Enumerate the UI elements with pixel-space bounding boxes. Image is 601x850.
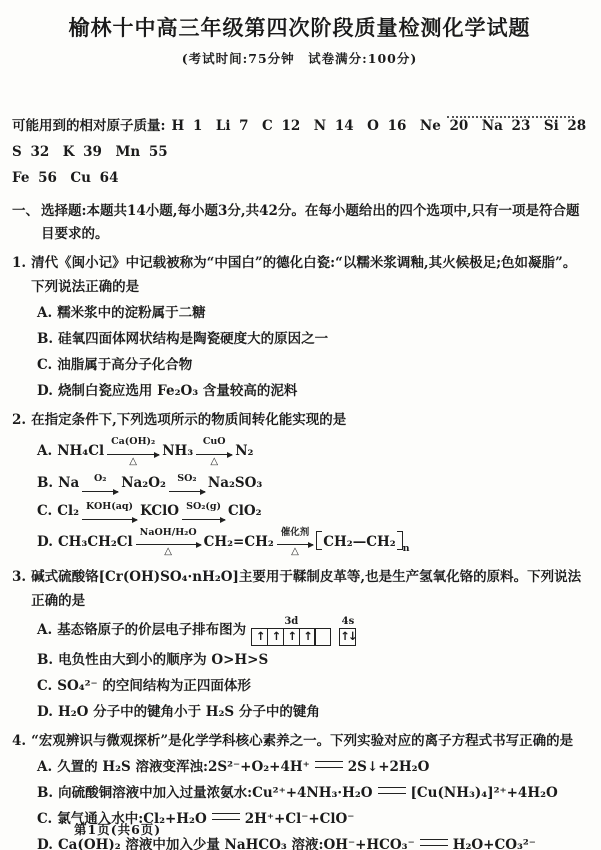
dotted-rule: [447, 116, 574, 118]
q3-option-b-text: 电负性由大到小的顺序为 O>H>S: [58, 652, 268, 668]
q2-option-c-label: C.: [37, 503, 52, 519]
q2-option-c-equation: Cl₂KOH(aq)KClOSO₂(g)ClO₂: [57, 503, 261, 519]
q3-option-c-label: C.: [37, 678, 52, 694]
q4-option-b: B.向硫酸铜溶液中加入过量浓氨水:Cu²⁺+4NH₃·H₂O[Cu(NH₃)₄]…: [37, 782, 587, 805]
section-text: 选择题:本题共14小题,每小题3分,共42分。在每小题给出的四个选项中,只有一项…: [41, 200, 587, 246]
q1-option-b: B.硅氧四面体网状结构是陶瓷硬度大的原因之一: [37, 328, 587, 351]
question-2: 2. 在指定条件下,下列选项所示的物质间转化能实现的是 A.NH₄ClCa(OH…: [12, 408, 587, 560]
q1-number: 1.: [12, 251, 26, 299]
atomic-masses-label: 可能用到的相对原子质量:: [12, 118, 165, 134]
q4-option-d-label: D.: [37, 837, 53, 850]
exam-title: 榆林十中高三年级第四次阶段质量检测化学试题: [12, 14, 587, 42]
q4-stem: “宏观辨识与微观探析”是化学学科核心素养之一。下列实验对应的离子方程式书写正确的…: [31, 729, 587, 753]
q4-option-a-equation: 久置的 H₂S 溶液变浑浊:2S²⁻+O₂+4H⁺2S↓+2H₂O: [57, 759, 429, 775]
q3-option-b: B.电负性由大到小的顺序为 O>H>S: [37, 649, 587, 672]
q3-option-c: C.SO₄²⁻ 的空间结构为正四面体形: [37, 675, 587, 698]
q1-option-a-text: 糯米浆中的淀粉属于二糖: [57, 305, 206, 321]
q1-option-d-text: 烧制白瓷应选用 Fe₂O₃ 含量较高的泥料: [58, 383, 297, 399]
q2-option-a: A.NH₄ClCa(OH)₂△NH₃CuO△N₂: [37, 437, 587, 467]
q1-option-b-text: 硅氧四面体网状结构是陶瓷硬度大的原因之一: [58, 331, 328, 347]
section-number: 一、: [12, 200, 39, 246]
q3-option-c-text: SO₄²⁻ 的空间结构为正四面体形: [57, 678, 251, 694]
q4-option-c-label: C.: [37, 811, 52, 827]
q1-stem: 清代《闽小记》中记载被称为“中国白”的德化白瓷:“以糯米浆调釉,其火候极足;色如…: [31, 251, 587, 299]
q1-option-c-text: 油脂属于高分子化合物: [57, 357, 192, 373]
q3-number: 3.: [12, 565, 26, 613]
q2-option-c: C.Cl₂KOH(aq)KClOSO₂(g)ClO₂: [37, 500, 587, 523]
exam-subtitle: (考试时间:75分钟 试卷满分:100分): [12, 49, 587, 67]
q4-number: 4.: [12, 729, 26, 753]
q2-option-b-label: B.: [37, 475, 53, 491]
q1-option-c-label: C.: [37, 357, 52, 373]
q2-number: 2.: [12, 408, 26, 432]
question-1: 1. 清代《闽小记》中记载被称为“中国白”的德化白瓷:“以糯米浆调釉,其火候极足…: [12, 251, 587, 403]
q2-option-b-equation: NaO₂Na₂O₂SO₂Na₂SO₃: [58, 475, 262, 491]
q3-option-a-label: A.: [37, 622, 52, 638]
exam-page: 榆林十中高三年级第四次阶段质量检测化学试题 (考试时间:75分钟 试卷满分:10…: [0, 0, 601, 850]
section-header: 一、 选择题:本题共14小题,每小题3分,共42分。在每小题给出的四个选项中,只…: [12, 200, 587, 246]
q4-option-a: A.久置的 H₂S 溶液变浑浊:2S²⁻+O₂+4H⁺2S↓+2H₂O: [37, 756, 587, 779]
q1-option-a-label: A.: [37, 305, 52, 321]
q4-option-b-equation: 向硫酸铜溶液中加入过量浓氨水:Cu²⁺+4NH₃·H₂O[Cu(NH₃)₄]²⁺…: [58, 785, 558, 801]
q1-option-a: A.糯米浆中的淀粉属于二糖: [37, 302, 587, 325]
q4-option-d-equation: Ca(OH)₂ 溶液中加入少量 NaHCO₃ 溶液:OH⁻+HCO₃⁻H₂O+C…: [58, 837, 536, 850]
q4-option-b-label: B.: [37, 785, 53, 801]
q2-option-a-equation: NH₄ClCa(OH)₂△NH₃CuO△N₂: [57, 443, 253, 459]
q2-option-a-label: A.: [37, 443, 52, 459]
q3-option-a: A.基态铬原子的价层电子排布图为3d↑↑↑↑4s↑↓: [37, 616, 587, 646]
q3-option-a-orbital-diagram: 基态铬原子的价层电子排布图为3d↑↑↑↑4s↑↓: [57, 622, 356, 638]
q1-option-d-label: D.: [37, 383, 53, 399]
q2-stem: 在指定条件下,下列选项所示的物质间转化能实现的是: [31, 408, 587, 432]
q2-option-d: D.CH₃CH₂ClNaOH/H₂O△CH₂=CH₂催化剂△CH₂—CH₂n: [37, 528, 587, 560]
atomic-masses-line2: Fe 56 Cu 64: [12, 170, 118, 186]
question-3: 3. 碱式硫酸铬[Cr(OH)SO₄·nH₂O]主要用于鞣制皮革等,也是生产氢氧…: [12, 565, 587, 724]
q3-option-d-label: D.: [37, 704, 53, 720]
q3-option-d-text: H₂O 分子中的键角小于 H₂S 分子中的键角: [58, 704, 320, 720]
q3-option-b-label: B.: [37, 652, 53, 668]
q1-option-c: C.油脂属于高分子化合物: [37, 354, 587, 377]
q3-stem: 碱式硫酸铬[Cr(OH)SO₄·nH₂O]主要用于鞣制皮革等,也是生产氢氧化铬的…: [31, 565, 587, 613]
q2-option-d-label: D.: [37, 534, 53, 550]
q1-option-b-label: B.: [37, 331, 53, 347]
q2-option-d-equation: CH₃CH₂ClNaOH/H₂O△CH₂=CH₂催化剂△CH₂—CH₂n: [58, 534, 410, 550]
q3-option-d: D.H₂O 分子中的键角小于 H₂S 分子中的键角: [37, 701, 587, 724]
q2-option-b: B.NaO₂Na₂O₂SO₂Na₂SO₃: [37, 472, 587, 495]
q1-option-d: D.烧制白瓷应选用 Fe₂O₃ 含量较高的泥料: [37, 380, 587, 403]
q4-option-a-label: A.: [37, 759, 52, 775]
atomic-masses: 可能用到的相对原子质量:H 1 Li 7 C 12 N 14 O 16 Ne 2…: [12, 113, 587, 191]
page-number: 第1页(共6页): [74, 820, 161, 838]
